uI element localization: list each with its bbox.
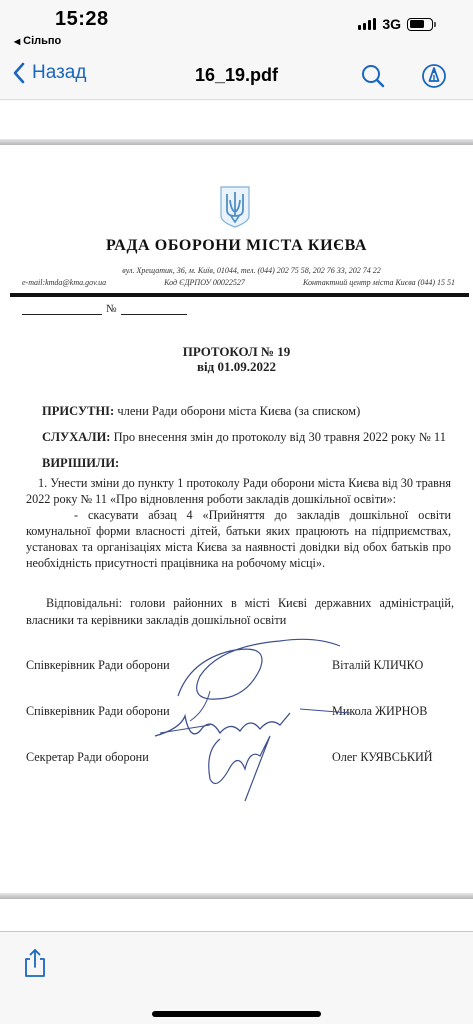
organization-contacts: e-mail:kmda@kma.gov.ua Код ЄДРПОУ 000225…	[8, 278, 465, 287]
status-bar: 15:28 ◀ Сільпо 3G	[0, 0, 473, 50]
share-icon[interactable]	[22, 948, 48, 978]
protocol-title: ПРОТОКОЛ № 19	[0, 344, 473, 359]
trident-emblem-icon	[219, 186, 251, 228]
signatory-name: Микола ЖИРНОВ	[332, 704, 427, 719]
back-label: Назад	[32, 62, 86, 84]
nav-bar: Назад 16_19.pdf	[0, 50, 473, 100]
back-triangle-icon: ◀	[14, 37, 20, 46]
signal-icon	[358, 18, 376, 30]
letterhead-rule	[10, 293, 469, 297]
page-separator	[0, 139, 473, 145]
signatory-role: Секретар Ради оборони	[26, 750, 149, 765]
pdf-page: РАДА ОБОРОНИ МІСТА КИЄВА вул. Хрещатик, …	[0, 151, 473, 874]
decided-label: ВИРІШИЛИ:	[42, 456, 119, 470]
present-line: ПРИСУТНІ: члени Ради оборони міста Києва…	[42, 404, 360, 419]
pdf-viewer[interactable]: РАДА ОБОРОНИ МІСТА КИЄВА вул. Хрещатик, …	[0, 101, 473, 931]
present-label: ПРИСУТНІ:	[42, 404, 114, 418]
registration-number-line: №	[22, 303, 187, 315]
signatory-name: Олег КУЯВСЬКИЙ	[332, 750, 433, 765]
responsible-parties: Відповідальні: голови районних в місті К…	[26, 595, 454, 629]
present-text: члени Ради оборони міста Києва (за списк…	[114, 404, 360, 418]
protocol-heading: ПРОТОКОЛ № 19 від 01.09.2022	[0, 344, 473, 374]
number-sign: №	[106, 303, 117, 315]
markup-icon[interactable]	[421, 63, 447, 89]
protocol-date: від 01.09.2022	[0, 359, 473, 374]
decision-item-1: 1. Унести зміни до пункту 1 протоколу Ра…	[26, 475, 451, 507]
home-indicator[interactable]	[152, 1011, 321, 1017]
organization-email: e-mail:kmda@kma.gov.ua	[22, 278, 106, 287]
decided-line: ВИРІШИЛИ:	[42, 456, 119, 471]
contact-center: Контактний центр міста Києва (044) 15 51	[303, 278, 455, 287]
status-time: 15:28	[55, 8, 109, 31]
organization-address: вул. Хрещатик, 36, м. Київ, 01044, тел. …	[30, 266, 473, 275]
page-separator	[0, 893, 473, 899]
signatory-name: Віталій КЛИЧКО	[332, 658, 423, 673]
heard-line: СЛУХАЛИ: Про внесення змін до протоколу …	[42, 430, 446, 445]
signatory-role: Співкерівник Ради оборони	[26, 658, 170, 673]
organization-edrpou: Код ЄДРПОУ 00022527	[164, 278, 245, 287]
status-indicators: 3G	[358, 16, 433, 32]
decision-item-1-sub: - скасувати абзац 4 «Прийняття до заклад…	[26, 507, 451, 571]
heard-label: СЛУХАЛИ:	[42, 430, 110, 444]
network-type: 3G	[382, 16, 401, 32]
bottom-toolbar	[0, 931, 473, 1024]
heard-text: Про внесення змін до протоколу від 30 тр…	[110, 430, 445, 444]
signatory-role: Співкерівник Ради оборони	[26, 704, 170, 719]
back-app-label: Сільпо	[23, 35, 61, 47]
back-to-app-link[interactable]: ◀ Сільпо	[14, 35, 61, 47]
back-button[interactable]: Назад	[12, 62, 86, 84]
organization-title: РАДА ОБОРОНИ МІСТА КИЄВА	[0, 237, 473, 255]
search-icon[interactable]	[360, 63, 386, 89]
chevron-left-icon	[12, 62, 26, 84]
battery-icon	[407, 18, 433, 31]
